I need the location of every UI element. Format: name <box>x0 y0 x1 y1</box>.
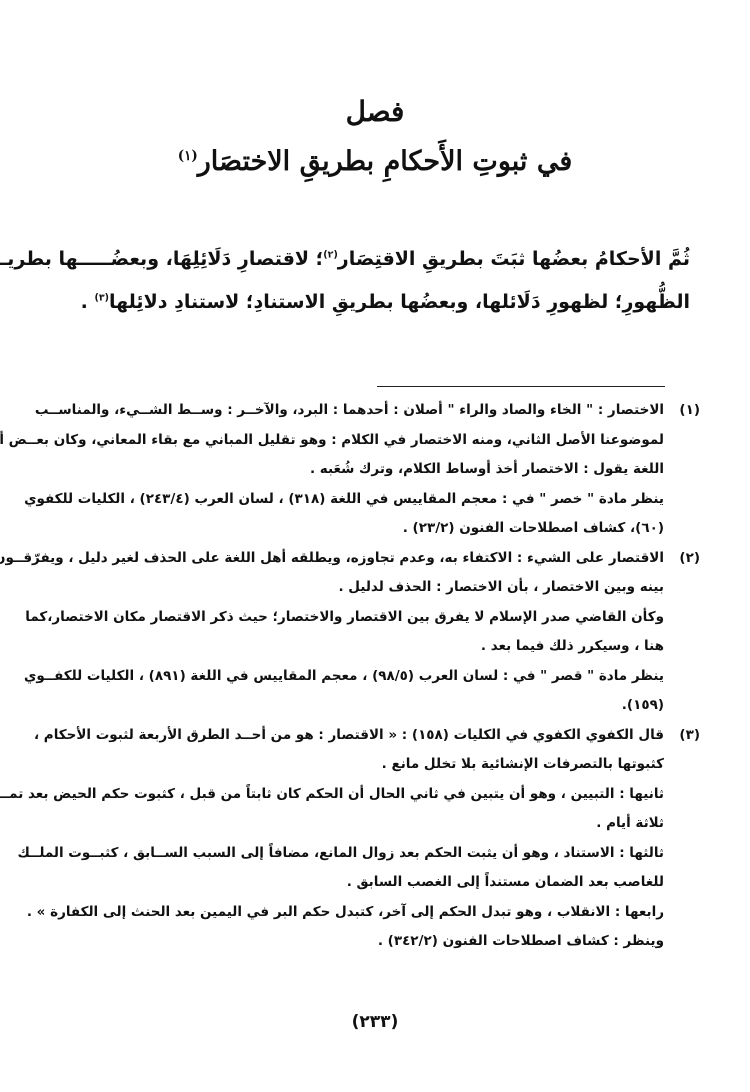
body-line-2: الظُّهورِ؛ لظهورِ دَلَائلها، وبعضُها بطر… <box>85 281 690 324</box>
footnote-line: ثانيها : التبيين ، وهو أن يتبين في ثاني … <box>60 780 664 810</box>
footnote-2: (٢) الاقتصار على الشيء : الاكتفاء به، وع… <box>60 544 700 721</box>
footnote-line: وينظر : كشاف اصطلاحات الفنون (٣٤٢/٢) . <box>60 927 664 957</box>
book-page: فصل في ثبوتِ الأَحكامِ بطريقِ الاختصَار(… <box>0 0 750 1092</box>
footnote-line: لموضوعنا الأصل الثاني، ومنه الاختصار في … <box>60 426 664 456</box>
footnote-line: رابعها : الانقلاب ، وهو تبدل الحكم إلى آ… <box>60 898 664 928</box>
footnote-line: (١٥٩). <box>60 691 664 721</box>
footnote-line: ينظر مادة " خصر " في : معجم المقاييس في … <box>60 485 664 515</box>
footnote-line: كثبوتها بالتصرفات الإنشائية بلا تخلل مان… <box>60 750 664 780</box>
body-line-1: ثُمَّ الأحكامُ بعضُها ثبَتَ بطريقِ الاقت… <box>85 238 690 281</box>
footnote-line: ينظر مادة " قصر " في : لسان العرب (٩٨/٥)… <box>60 662 664 692</box>
footnote-ref-2: (٢) <box>323 250 338 261</box>
footnote-line: وكأن القاضي صدر الإسلام لا يفرق بين الاق… <box>60 603 664 633</box>
chapter-title-text: في ثبوتِ الأَحكامِ بطريقِ الاختصَار <box>198 146 573 177</box>
footnote-3: (٣) قال الكفوي الكفوي في الكليات (١٥٨) :… <box>60 721 700 957</box>
footnote-line: هنا ، وسيكرر ذلك فيما بعد . <box>60 632 664 662</box>
footnote-line: للغاصب بعد الضمان مستنداً إلى الغصب السا… <box>60 868 664 898</box>
footnote-line: الاختصار : " الخاء والصاد والراء " أصلان… <box>60 396 664 426</box>
footnotes: (١) الاختصار : " الخاء والصاد والراء " أ… <box>60 396 700 957</box>
footnote-line: الاقتصار على الشيء : الاكتفاء به، وعدم ت… <box>60 544 664 574</box>
footnote-line: (٦٠)، كشاف اصطلاحات الفنون (٢٣/٢) . <box>60 514 664 544</box>
footnote-line: ثالثها : الاستناد ، وهو أن يثبت الحكم بع… <box>60 839 664 869</box>
footnote-number: (١) <box>668 396 700 426</box>
footnote-number: (٢) <box>668 544 700 574</box>
chapter-title: في ثبوتِ الأَحكامِ بطريقِ الاختصَار(١) <box>0 140 750 184</box>
footnote-line: بينه وبين الاختصار ، بأن الاختصار : الحذ… <box>60 573 664 603</box>
footnote-ref-3: (٣) <box>95 293 110 304</box>
page-number: (٢٣٣) <box>0 1010 750 1034</box>
footnote-number: (٣) <box>668 721 700 751</box>
footnote-ref-1: (١) <box>178 148 198 164</box>
footnote-line: قال الكفوي الكفوي في الكليات (١٥٨) : « ا… <box>60 721 664 751</box>
footnote-line: اللغة يقول : الاختصار أخذ أوساط الكلام، … <box>60 455 664 485</box>
footnote-1: (١) الاختصار : " الخاء والصاد والراء " أ… <box>60 396 700 544</box>
footnote-separator <box>377 386 665 387</box>
chapter-label: فصل <box>0 92 750 132</box>
body-paragraph: ثُمَّ الأحكامُ بعضُها ثبَتَ بطريقِ الاقت… <box>85 238 690 324</box>
footnote-line: ثلاثة أيام . <box>60 809 664 839</box>
